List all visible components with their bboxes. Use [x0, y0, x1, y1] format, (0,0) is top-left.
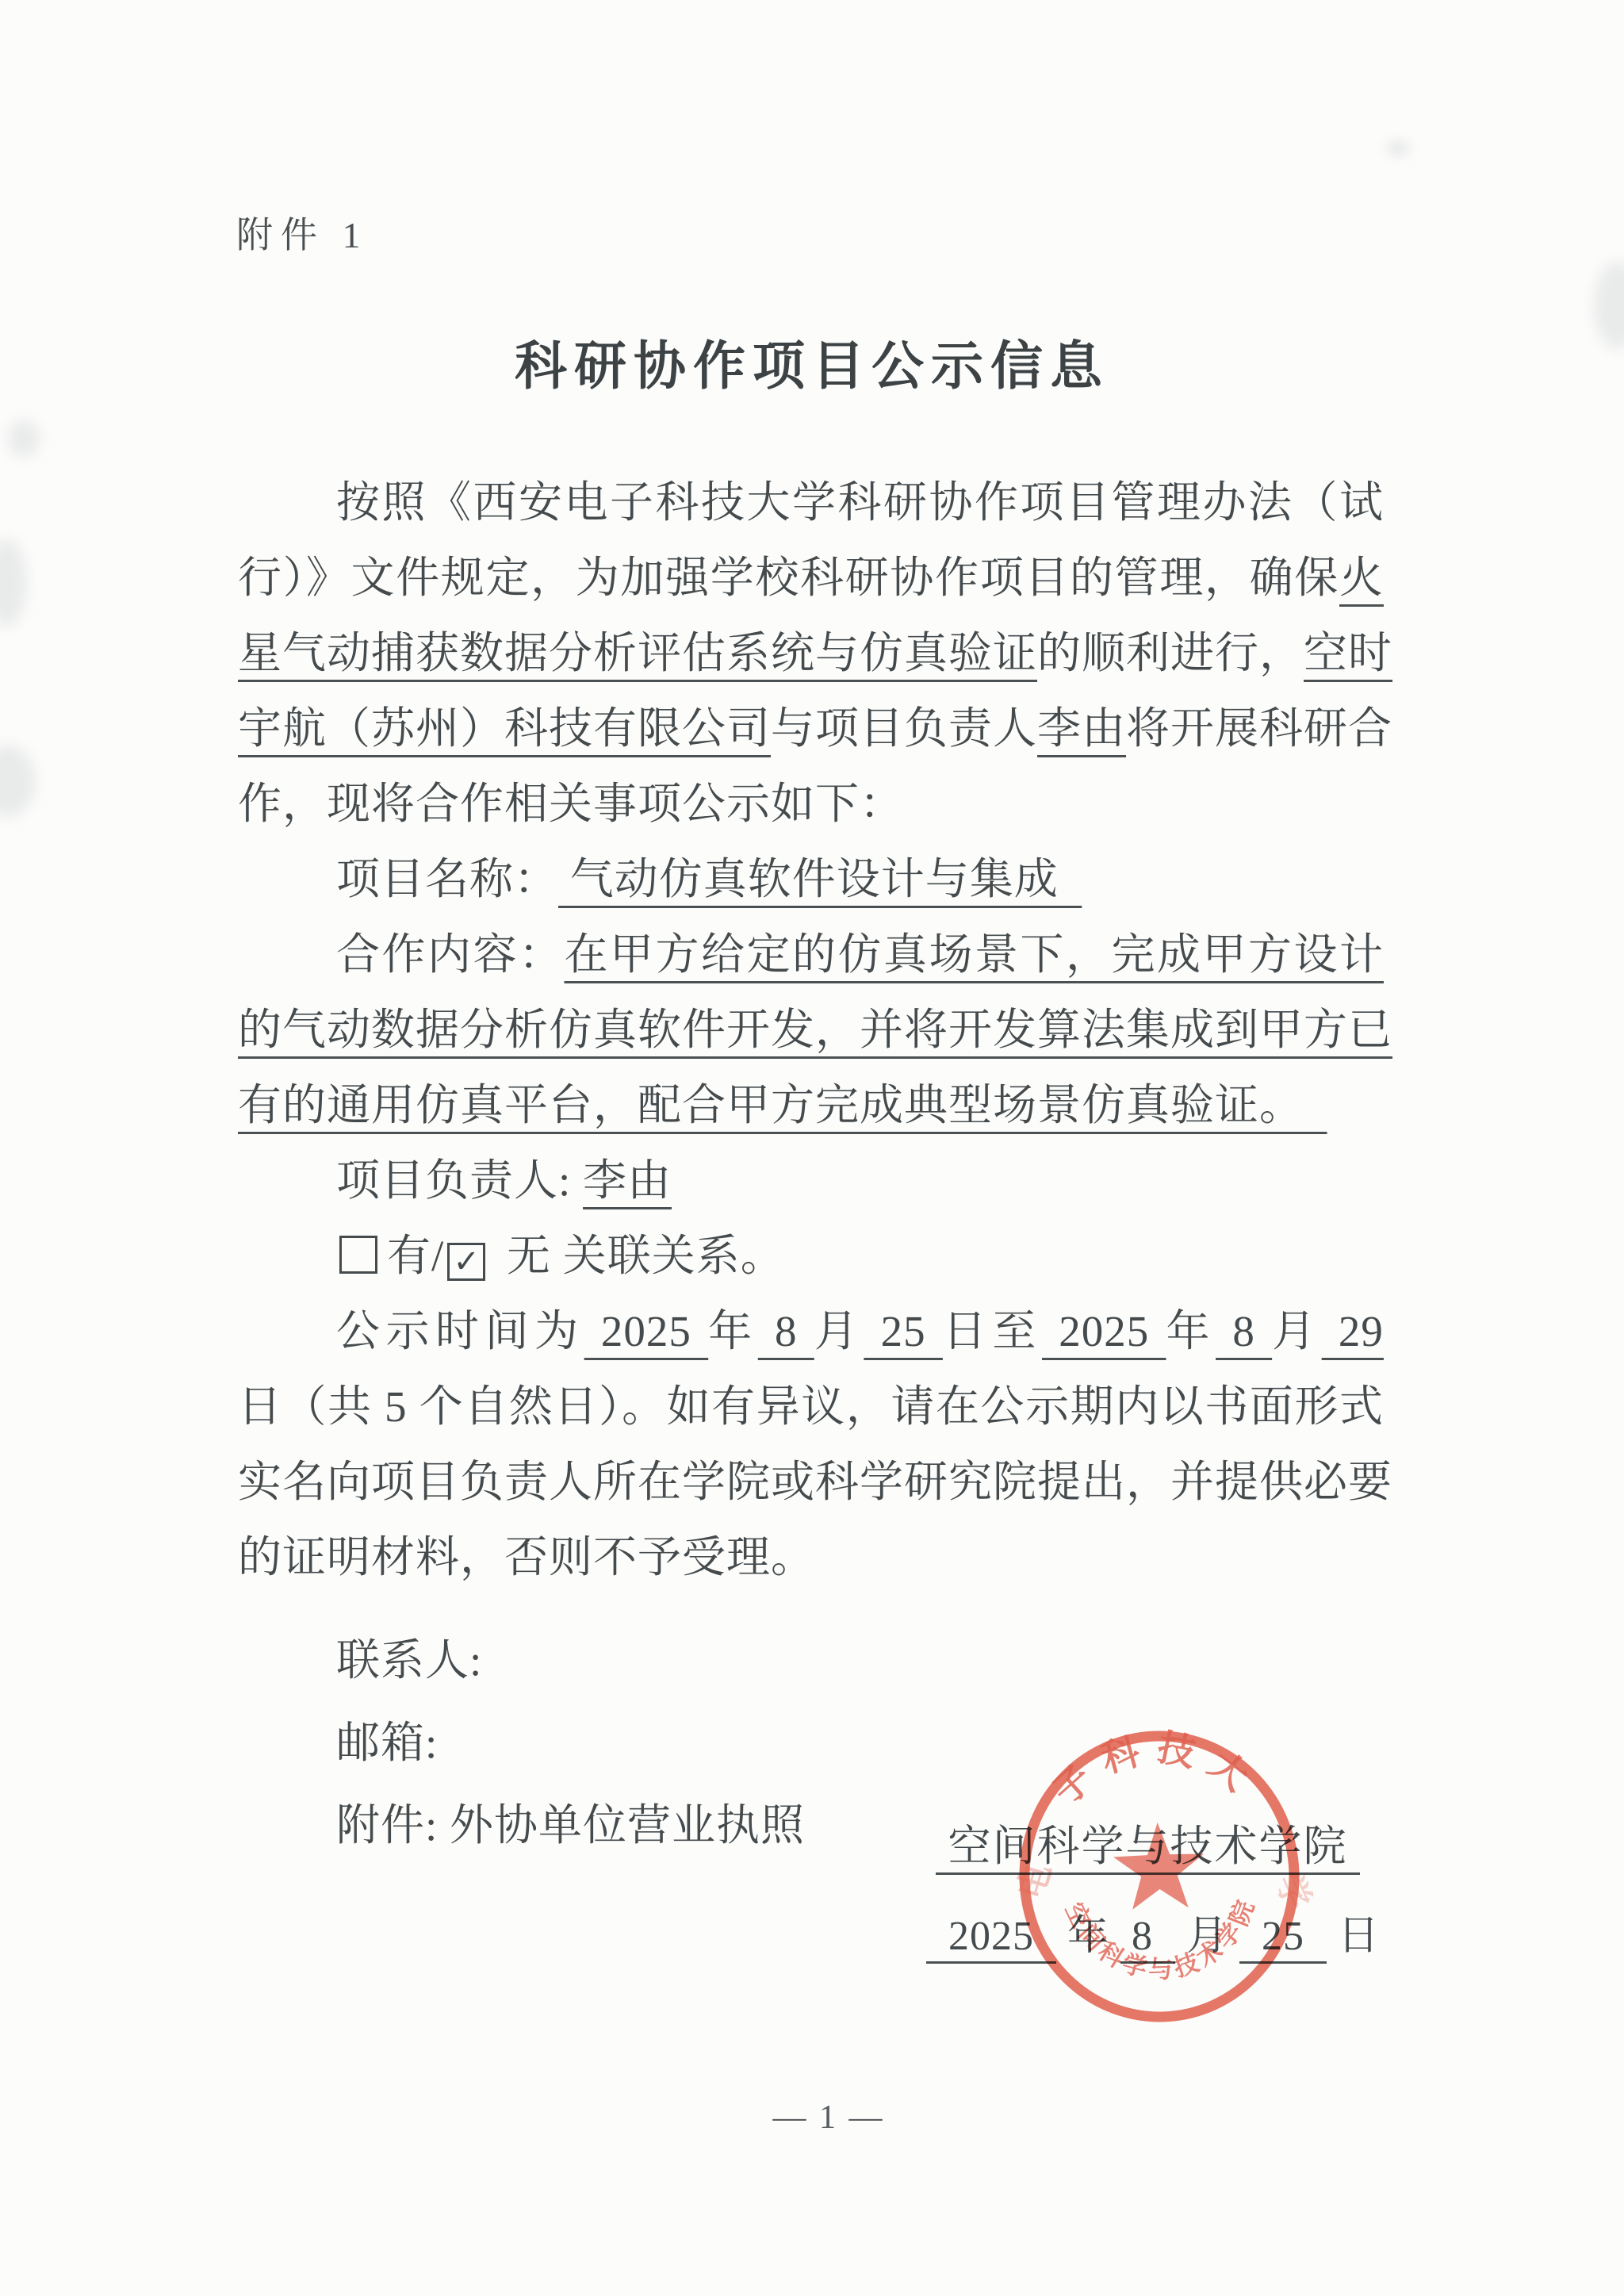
text-span: 月	[1272, 1307, 1322, 1355]
text-line: 项目名称： 气动仿真软件设计与集成	[238, 851, 1384, 908]
text-span: 附件: 外协单位营业执照	[336, 1801, 805, 1849]
text-line: 行）》文件规定，为加强学校科研协作项目的管理，确保火	[238, 550, 1384, 607]
seal-bottom-arc-text: 空间科学与技术学院	[1059, 1892, 1263, 1987]
text-span: 行）》文件规定，为加强学校科研协作项目的管理，确保	[238, 554, 1339, 602]
checkbox-empty-icon	[339, 1236, 377, 1274]
underlined-text: 火	[1339, 554, 1384, 602]
text-line: 公示时间为 2025 年 8 月 25 日至 2025 年 8 月 29	[238, 1303, 1384, 1360]
text-span: 合作内容：	[336, 930, 565, 979]
text-line: 的气动数据分析仿真软件开发，并将开发算法集成到甲方已	[238, 1002, 1384, 1059]
seal-star-icon	[1113, 1821, 1206, 1910]
text-line: 实名向项目负责人所在学院或科学研究院提出，并提供必要	[238, 1454, 1384, 1511]
text-span: 日（共	[238, 1382, 385, 1431]
underlined-text: 2025	[1042, 1307, 1166, 1355]
underlined-text: 2025	[584, 1307, 709, 1355]
text-span: 日	[1327, 1914, 1380, 1959]
text-line: 宇航（苏州）科技有限公司与项目负责人李由将开展科研合	[238, 700, 1384, 757]
text-line: 有的通用仿真平台，配合甲方完成典型场景仿真验证。	[238, 1077, 1384, 1134]
text-line: 合作内容：在甲方给定的仿真场景下，完成甲方设计	[238, 926, 1384, 983]
underlined-text: 8	[1216, 1307, 1272, 1355]
text-span: 年	[1166, 1307, 1216, 1355]
scanned-document-page: 附件 1 科研协作项目公示信息 按照《西安电子科技大学科研协作项目管理办法（试行…	[0, 0, 1624, 2296]
text-span: 与项目负责人	[771, 704, 1037, 753]
text-line: 项目负责人: 李由	[238, 1152, 1384, 1209]
page-title: 科研协作项目公示信息	[0, 324, 1624, 399]
underlined-text: 星气动捕获数据分析评估系统与仿真验证	[238, 629, 1037, 677]
seal-faded-right-char: 学	[1268, 1868, 1318, 1915]
text-span: 年	[708, 1307, 758, 1355]
text-span: 个自然日）。如有异议，请在公示期内以书面形式	[407, 1382, 1384, 1431]
text-span: 按照《西安电子科技大学科研协作项目管理办法（试	[336, 478, 1384, 527]
text-span: 无 关联关系。	[495, 1232, 785, 1280]
text-line: 按照《西安电子科技大学科研协作项目管理办法（试	[238, 474, 1384, 531]
text-span: 邮箱:	[336, 1719, 438, 1767]
checkbox-checked-icon: ✓	[447, 1243, 485, 1281]
underlined-text: 宇航（苏州）科技有限公司	[238, 704, 771, 753]
underlined-text: 气动仿真软件设计与集成	[558, 855, 1082, 903]
text-span: 有/	[387, 1232, 444, 1280]
text-line: 作，现将合作相关事项公示如下：	[238, 776, 1384, 833]
underlined-text: 25	[864, 1307, 943, 1355]
underlined-text: 的气动数据分析仿真软件开发，并将开发算法集成到甲方已	[238, 1006, 1392, 1054]
text-span: 的证明材料，否则不予受理。	[238, 1533, 815, 1581]
text-line: 联系人:	[238, 1632, 1384, 1689]
underlined-text: 29	[1322, 1307, 1384, 1355]
seal-faded-left-char: 电	[1012, 1859, 1059, 1903]
underlined-text: 李由	[583, 1156, 672, 1205]
text-span: 项目负责人:	[336, 1156, 583, 1205]
underlined-text: 空时	[1304, 629, 1392, 677]
text-span: 实名向项目负责人所在学院或科学研究院提出，并提供必要	[238, 1458, 1392, 1506]
underlined-text: 有的通用仿真平台，配合甲方完成典型场景仿真验证。	[238, 1081, 1327, 1129]
official-seal-stamp: 子科技大 空间科学与技术学院 电 学	[995, 1704, 1323, 2049]
scan-smudge	[1388, 143, 1408, 154]
text-span: 项目名称：	[336, 855, 558, 903]
text-span: 日至	[943, 1307, 1042, 1355]
text-line: 日（共 5 个自然日）。如有异议，请在公示期内以书面形式	[238, 1378, 1384, 1435]
text-line: 星气动捕获数据分析评估系统与仿真验证的顺利进行，空时	[238, 625, 1384, 682]
text-span: 公示时间为	[336, 1307, 584, 1355]
attachment-label: 附件 1	[236, 206, 369, 259]
text-span: 的顺利进行，	[1037, 629, 1304, 677]
text-span: 将开展科研合	[1126, 704, 1392, 753]
underlined-text: 8	[758, 1307, 814, 1355]
text-span: 联系人:	[336, 1636, 482, 1685]
text-line: 的证明材料，否则不予受理。	[238, 1529, 1384, 1586]
scan-smudge	[0, 539, 27, 627]
scan-smudge	[0, 746, 36, 817]
text-span: 月	[814, 1307, 864, 1355]
footer-page-number: — 1 —	[757, 2099, 900, 2137]
underlined-text: 在甲方给定的仿真场景下，完成甲方设计	[565, 930, 1384, 979]
underlined-text: 李由	[1037, 704, 1126, 753]
text-span: 作，现将合作相关事项公示如下：	[238, 780, 904, 828]
text-line: 有/✓ 无 关联关系。	[238, 1228, 1384, 1285]
text-span: 5	[385, 1382, 408, 1431]
scan-smudge	[8, 420, 40, 457]
